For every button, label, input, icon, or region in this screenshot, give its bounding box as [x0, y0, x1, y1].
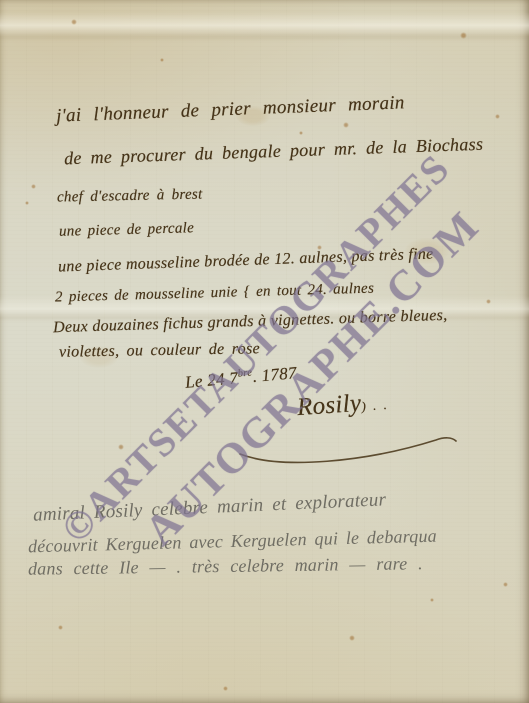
- letter-line-7: Deux douzaines fichus grands à vignettes…: [53, 307, 448, 337]
- foxing-spot: [486, 299, 491, 304]
- dealer-annotation-line-1: amiral Rosily celebre marin et explorate…: [33, 489, 387, 526]
- date-prefix: Le 24 7: [184, 368, 239, 392]
- signature-name: Rosily: [296, 390, 362, 421]
- fold-crease-top: [0, 12, 529, 42]
- foxing-spot: [31, 184, 36, 189]
- letter-line-2: de me procurer du bengale pour mr. de la…: [64, 134, 484, 170]
- letter-line-4: une piece de percale: [59, 220, 195, 241]
- foxing-spot: [430, 598, 434, 602]
- date-line: Le 24 7bre. 1787: [184, 363, 297, 393]
- letter-line-1: j'ai l'honneur de prier monsieur morain: [56, 92, 405, 127]
- letter-line-3: chef d'escadre à brest: [57, 186, 203, 206]
- date-superscript: bre: [237, 367, 252, 379]
- foxing-spot: [58, 625, 63, 630]
- foxing-spot: [343, 122, 349, 128]
- signature-paraph: ) . .: [361, 397, 389, 414]
- signature-flourish: [226, 424, 466, 476]
- foxing-spot: [460, 32, 467, 39]
- foxing-spot: [160, 58, 164, 62]
- foxing-spot: [503, 582, 508, 587]
- foxing-spot: [118, 444, 124, 450]
- dealer-annotation-line-3: dans cette Ile — . très celebre marin — …: [28, 553, 423, 580]
- date-suffix: . 1787: [252, 363, 298, 386]
- letter-line-5: une piece mousseline brodée de 12. aulne…: [58, 245, 434, 276]
- foxing-spot: [495, 114, 500, 119]
- foxing-spot: [223, 686, 228, 691]
- dealer-annotation-line-2: découvrit Kerguelen avec Kerguelen qui l…: [28, 526, 437, 558]
- signature-rosily: Rosily) . .: [296, 388, 389, 422]
- letter-line-6: 2 pieces de mousseline unie { en tout 24…: [55, 281, 375, 307]
- aged-paper-sheet: j'ai l'honneur de prier monsieur morain …: [0, 0, 529, 703]
- foxing-spot: [25, 201, 29, 205]
- foxing-spot: [349, 635, 355, 641]
- foxing-spot: [299, 131, 303, 135]
- foxing-spot: [71, 19, 77, 25]
- letter-line-8: violettes, ou couleur de rose: [59, 340, 260, 362]
- letter-photo: j'ai l'honneur de prier monsieur morain …: [0, 0, 529, 703]
